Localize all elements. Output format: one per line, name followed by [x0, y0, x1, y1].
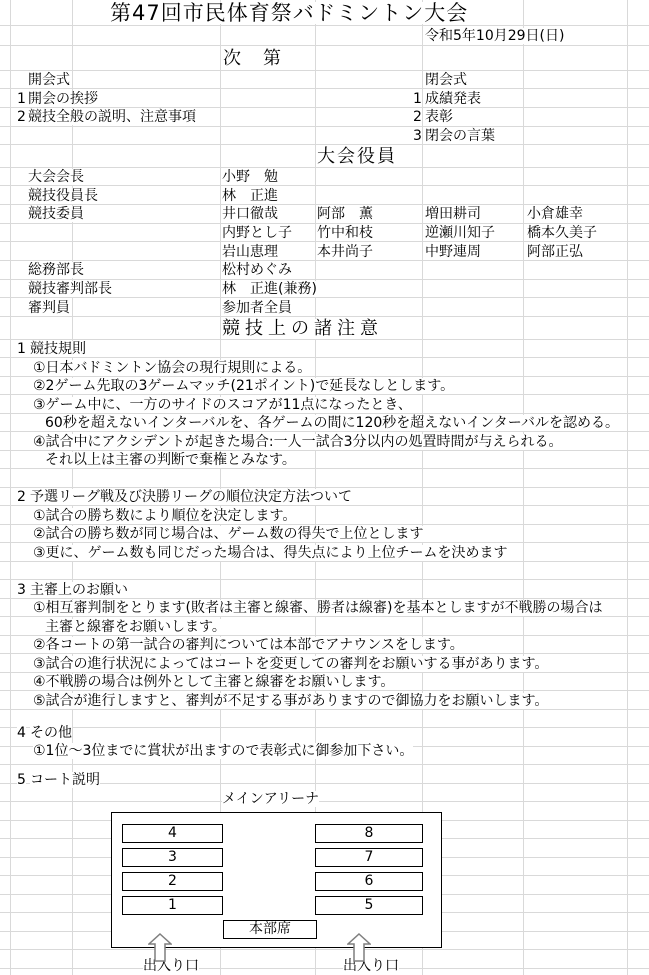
document-title: 第47回市民体育祭バドミントン大会	[110, 2, 468, 24]
gridline	[0, 241, 649, 242]
official-name: 小野 勉	[222, 169, 278, 185]
official-name: 阿部 薫	[317, 206, 373, 222]
gridline	[0, 431, 649, 432]
gridline	[0, 144, 649, 145]
section-title: 予選リーグ戦及び決勝リーグの順位決定方法ついて	[30, 489, 352, 505]
section-title: 競技規則	[30, 341, 86, 357]
official-name: 橋本久美子	[527, 225, 597, 241]
court-box: 7	[315, 848, 423, 867]
gridline	[0, 25, 649, 26]
tournament-program-sheet: 第47回市民体育祭バドミントン大会 令和5年10月29日(日) 次 第 開会式 …	[0, 0, 649, 975]
court-box: 2	[122, 872, 223, 891]
official-name: 内野とし子	[222, 225, 292, 241]
section-number: 2	[17, 489, 26, 505]
gridline	[0, 70, 649, 71]
note-line: ③更に、ゲーム数も同じだった場合は、得失点により上位チームを決めます	[33, 545, 508, 561]
arena-label: メインアリーナ	[222, 791, 319, 807]
section-number: 3	[17, 582, 26, 598]
official-name: 岩山恵理	[222, 244, 278, 260]
gridline	[0, 167, 649, 168]
court-box: 4	[122, 824, 223, 843]
event-date: 令和5年10月29日(日)	[425, 28, 564, 44]
note-line: ①1位～3位までに賞状が出ますので表彰式に御参加下さい。	[33, 743, 413, 759]
gridline	[0, 598, 649, 599]
section-number: 4	[17, 725, 26, 741]
gridline	[0, 204, 649, 205]
gridline	[0, 635, 649, 636]
gridline	[627, 0, 628, 975]
gridline	[0, 107, 649, 108]
note-line: ⑤試合が進行しますと、審判が不足する事がありますので御協力をお願いします。	[33, 693, 548, 709]
gridline	[0, 505, 649, 506]
gridline	[10, 0, 11, 975]
gridline	[0, 968, 649, 969]
gridline	[0, 394, 649, 395]
list-number: 2	[413, 109, 422, 125]
note-line: ②各コートの第一試合の審判については本部でアナウンスをします。	[33, 637, 464, 653]
official-name: 竹中和枝	[317, 225, 373, 241]
section-number: 5	[17, 772, 26, 788]
official-role: 競技委員	[28, 206, 84, 222]
exit-arrow-icon	[148, 933, 172, 962]
gridline	[0, 764, 649, 765]
gridline	[0, 339, 649, 340]
opening-ceremony-title: 開会式	[28, 72, 70, 88]
official-role: 競技役員長	[28, 188, 98, 204]
gridline	[0, 709, 649, 710]
exit-arrow-icon	[347, 933, 371, 962]
note-line: ①日本バドミントン協会の現行規則による。	[33, 360, 311, 376]
gridline	[523, 0, 524, 975]
list-number: 3	[413, 128, 422, 144]
note-line: ④試合中にアクシデントが起きた場合:一人一試合3分以内の処置時間が与えられる。	[33, 434, 562, 450]
note-line: ②2ゲーム先取の3ゲームマッチ(21ポイント)で延長なしとします。	[33, 378, 454, 394]
program-heading: 次 第	[223, 49, 283, 69]
section-title: 主審上のお願い	[30, 582, 128, 598]
court-box: 3	[122, 848, 223, 867]
closing-ceremony-title: 閉会式	[425, 72, 467, 88]
section-title: コート説明	[30, 772, 100, 788]
official-name: 松村めぐみ	[222, 262, 292, 278]
list-item: 競技全般の説明、注意事項	[28, 109, 196, 125]
note-line: 60秒を超えないインターバルを、各ゲームの間に120秒を超えないインターバルを認…	[45, 415, 619, 431]
gridline	[0, 260, 649, 261]
gridline	[0, 616, 649, 617]
gridline	[0, 949, 649, 950]
gridline	[0, 653, 649, 654]
section-title: その他	[30, 725, 72, 741]
list-item: 表彰	[425, 109, 453, 125]
gridline	[0, 801, 649, 802]
official-name: 林 正進(兼務)	[222, 281, 317, 297]
list-number: 1	[17, 91, 26, 107]
note-line: ③ゲーム中に、一方のサイドのスコアが11点になったとき、	[33, 397, 412, 413]
official-role: 総務部長	[28, 262, 84, 278]
note-line: ①相互審判制をとります(敗者は主審と線審、勝者は線審)を基本としますが不戦勝の場…	[33, 600, 602, 616]
note-line: ③試合の進行状況によってはコートを変更しての審判をお願いする事があります。	[33, 656, 548, 672]
official-name: 小倉雄幸	[527, 206, 583, 222]
gridline	[0, 542, 649, 543]
official-name: 井口徹哉	[222, 206, 278, 222]
gridline	[0, 579, 649, 580]
official-name: 参加者全員	[222, 300, 292, 316]
official-name: 阿部正弘	[527, 244, 583, 260]
gridline	[0, 727, 649, 728]
official-role: 大会会長	[28, 169, 84, 185]
gridline	[0, 376, 649, 377]
gridline	[0, 413, 649, 414]
notes-heading: 競技上の諸注意	[222, 319, 383, 339]
court-box: 1	[122, 896, 223, 915]
note-line: それ以上は主審の判断で棄権とみなす。	[45, 452, 296, 468]
note-line: ②試合の勝ち数が同じ場合は、ゲーム数の得失で上位とします	[33, 526, 424, 542]
list-number: 2	[17, 109, 26, 125]
gridline	[0, 297, 649, 298]
hq-seat-box: 本部席	[223, 920, 317, 939]
list-item: 閉会の言葉	[425, 128, 495, 144]
official-name: 逆瀬川知子	[425, 225, 495, 241]
gridline	[0, 468, 649, 469]
official-name: 本井尚子	[317, 244, 373, 260]
gridline	[0, 45, 649, 46]
list-item: 成績発表	[425, 91, 481, 107]
court-box: 6	[315, 872, 423, 891]
note-line: 主審と線審をお願いします。	[45, 619, 226, 635]
gridline	[0, 690, 649, 691]
official-name: 増田耕司	[425, 206, 481, 222]
court-box: 8	[315, 824, 423, 843]
gridline	[0, 223, 649, 224]
officials-heading: 大会役員	[317, 147, 397, 167]
list-item: 開会の挨拶	[28, 91, 98, 107]
gridline	[0, 672, 649, 673]
gridline	[0, 450, 649, 451]
official-name: 中野連周	[425, 244, 481, 260]
list-number: 1	[413, 91, 422, 107]
gridline	[0, 88, 649, 89]
note-line: ④不戦勝の場合は例外として主審と線審をお願いします。	[33, 674, 394, 690]
official-role: 審判員	[28, 300, 70, 316]
gridline	[72, 0, 73, 975]
official-role: 競技審判部長	[28, 281, 112, 297]
gridline	[0, 487, 649, 488]
official-name: 林 正進	[222, 188, 278, 204]
note-line: ①試合の勝ち数により順位を決定します。	[33, 508, 296, 524]
court-box: 5	[315, 896, 423, 915]
gridline	[0, 357, 649, 358]
gridline	[0, 185, 649, 186]
gridline	[0, 524, 649, 525]
gridline	[0, 316, 649, 317]
section-number: 1	[17, 341, 26, 357]
gridline	[0, 279, 649, 280]
gridline	[0, 561, 649, 562]
gridline	[0, 126, 649, 127]
